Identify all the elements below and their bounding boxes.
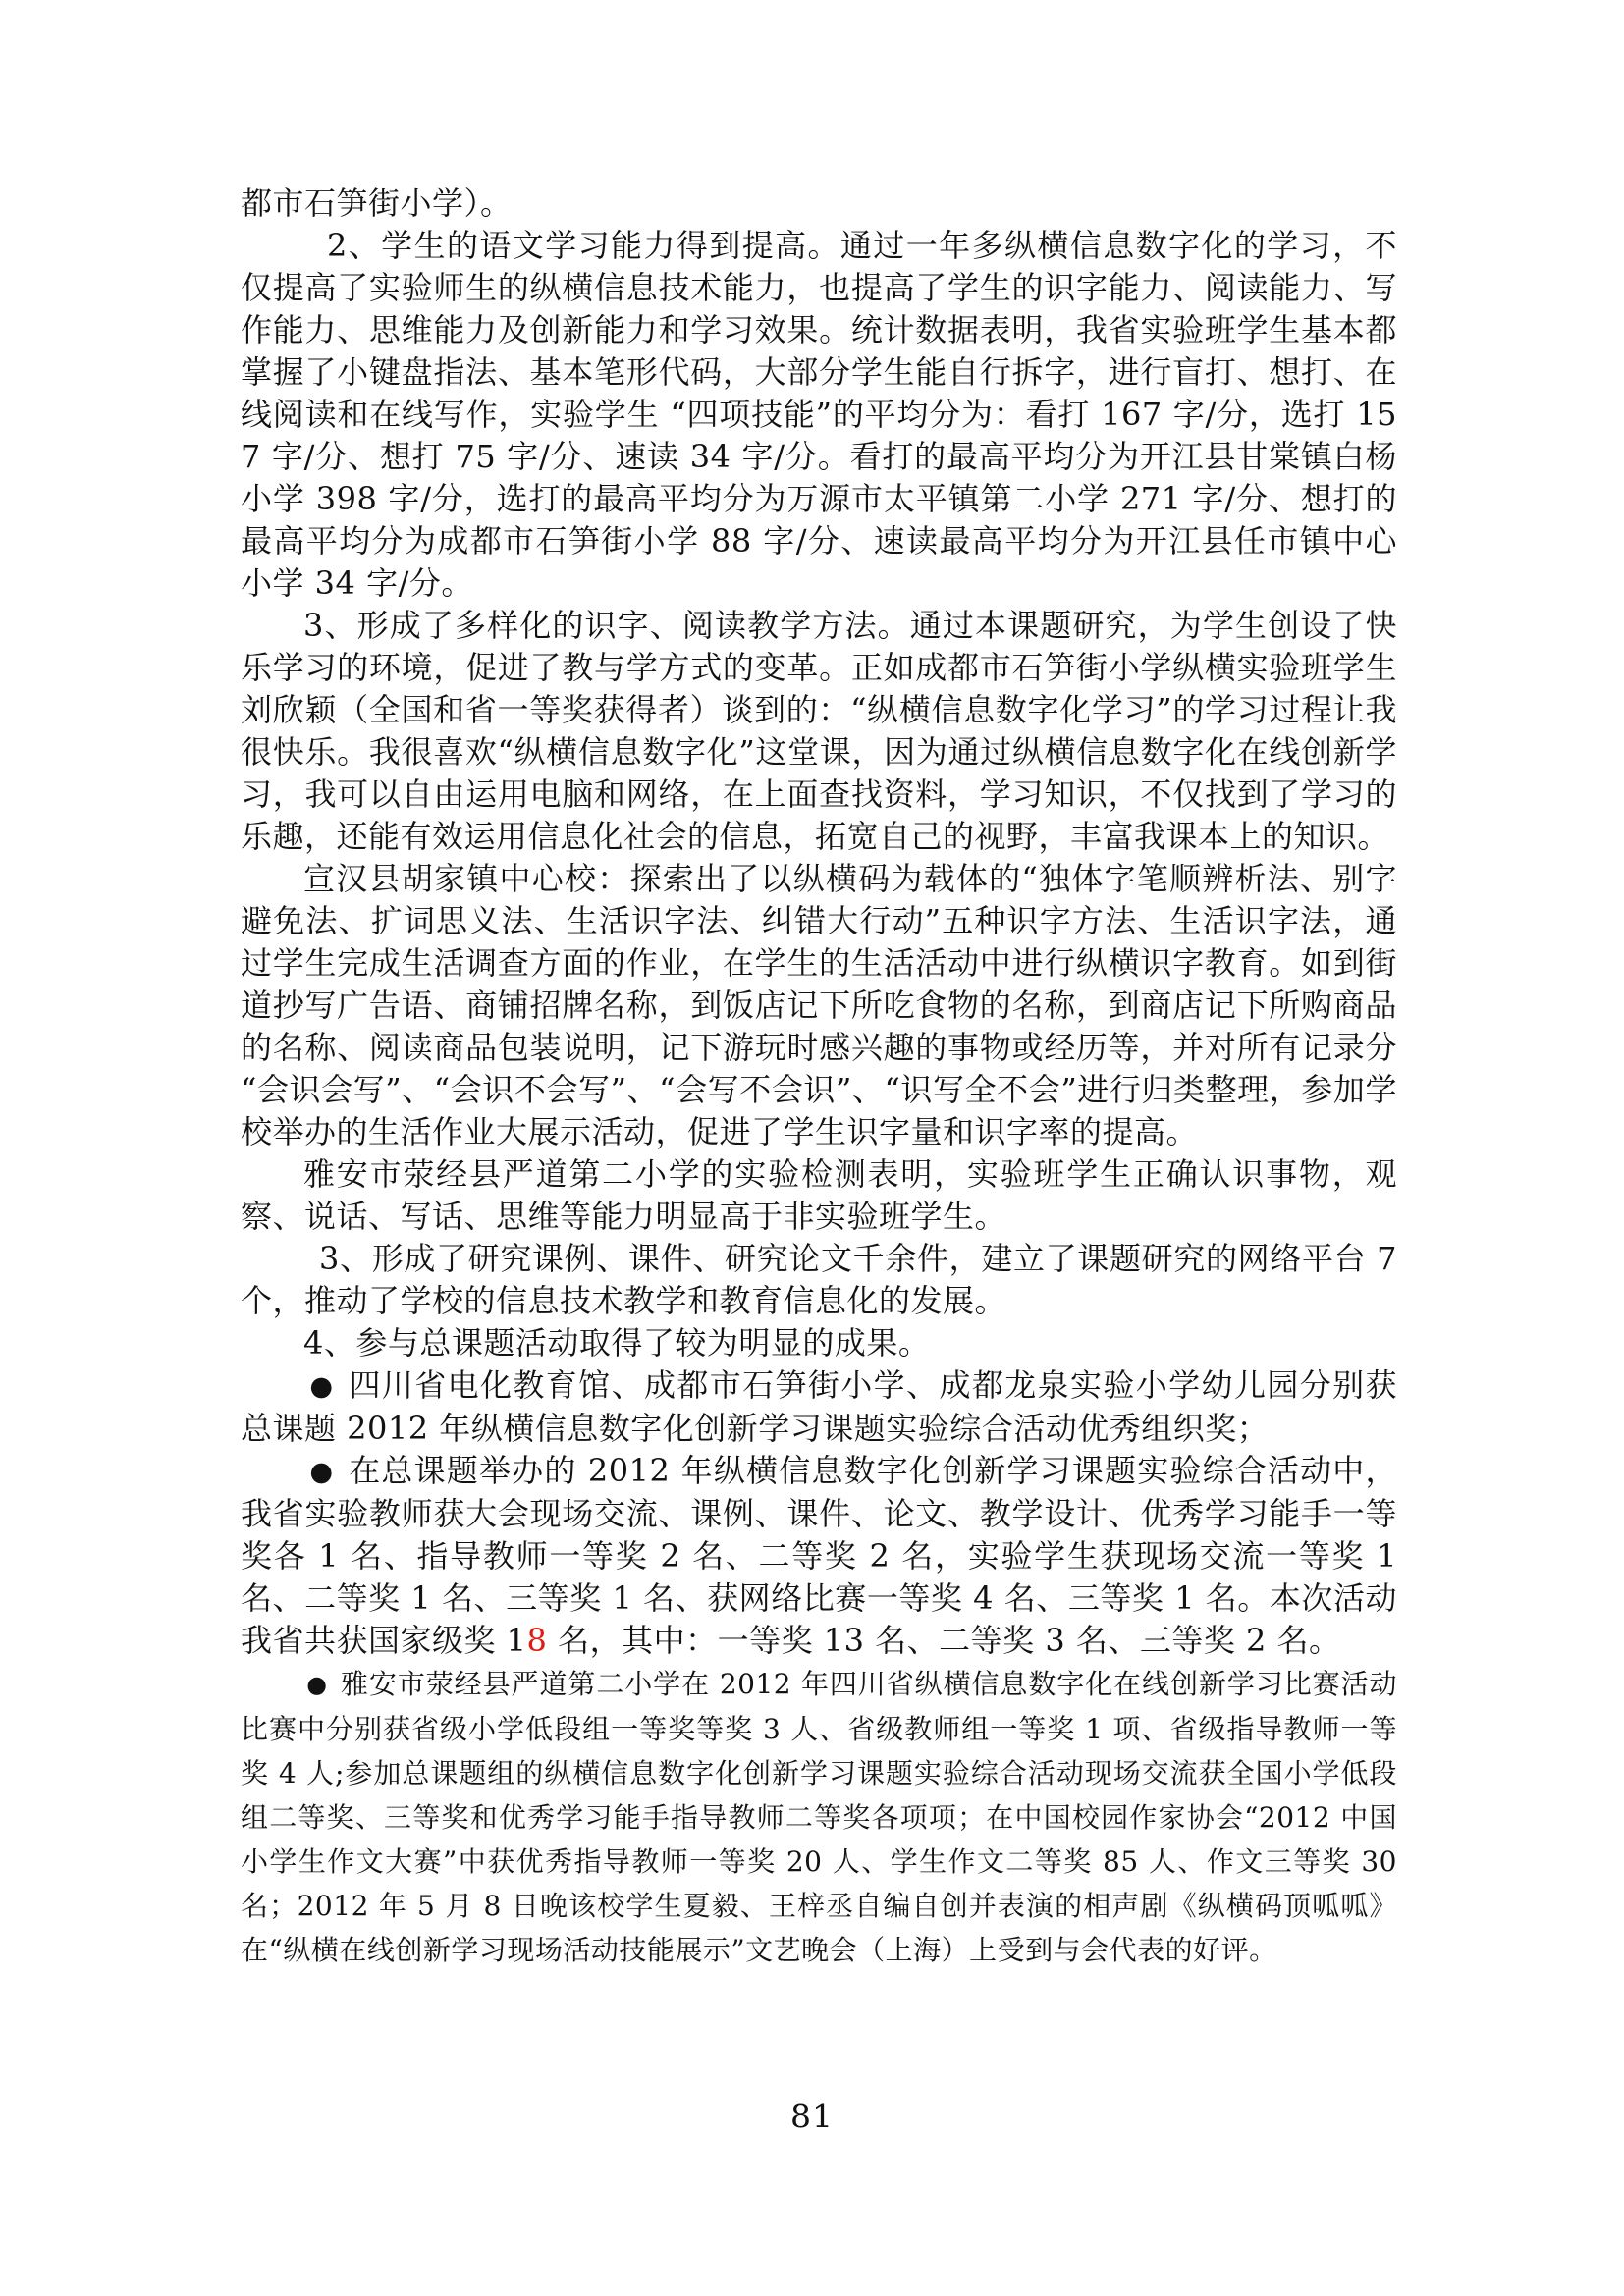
bullet-1-text: 四川省电化教育馆、成都市石笋街小学、成都龙泉实验小学幼儿园分别获总课题 2012… bbox=[241, 1366, 1397, 1447]
paragraph-yaan-school: 雅安市荥经县严道第二小学的实验检测表明，实验班学生正确认识事物，观察、说话、写话… bbox=[241, 1153, 1397, 1238]
paragraph-bullet-organization-award: ●四川省电化教育馆、成都市石笋街小学、成都龙泉实验小学幼儿园分别获总课题 201… bbox=[241, 1364, 1397, 1450]
paragraph-bullet-yaan-competition: ●雅安市荥经县严道第二小学在 2012 年四川省纵横信息数字化在线创新学习比赛活… bbox=[241, 1662, 1397, 1972]
paragraph-item-2: 2、学生的语文学习能力得到提高。通过一年多纵横信息数字化的学习，不仅提高了实验师… bbox=[241, 225, 1397, 605]
document-page: 都市石笋街小学）。 2、学生的语文学习能力得到提高。通过一年多纵横信息数字化的学… bbox=[0, 0, 1624, 2296]
paragraph-bullet-national-awards: ●在总课题举办的 2012 年纵横信息数字化创新学习课题实验综合活动中，我省实验… bbox=[241, 1450, 1397, 1662]
bullet-icon: ● bbox=[309, 1371, 349, 1402]
bullet-icon: ● bbox=[306, 1671, 341, 1698]
paragraph-xuanhan-school: 宣汉县胡家镇中心校：探索出了以纵横码为载体的“独体字笔顺辨析法、别字避免法、扩词… bbox=[241, 858, 1397, 1153]
document-body: 都市石笋街小学）。 2、学生的语文学习能力得到提高。通过一年多纵横信息数字化的学… bbox=[241, 183, 1397, 1972]
bullet-3-text: 雅安市荥经县严道第二小学在 2012 年四川省纵横信息数字化在线创新学习比赛活动… bbox=[241, 1668, 1397, 1966]
awards-text-after: 名，其中：一等奖 13 名、二等奖 3 名、三等奖 2 名。 bbox=[547, 1622, 1340, 1659]
bullet-icon: ● bbox=[309, 1457, 349, 1487]
paragraph-item-3-research-output: 3、形成了研究课例、课件、研究论文千余件，建立了课题研究的网络平台 7 个，推动… bbox=[241, 1238, 1397, 1322]
paragraph-item-3-reading-methods: 3、形成了多样化的识字、阅读教学方法。通过本课题研究，为学生创设了快乐学习的环境… bbox=[241, 605, 1397, 858]
paragraph-continuation: 都市石笋街小学）。 bbox=[241, 183, 1397, 225]
page-number: 81 bbox=[0, 2097, 1624, 2135]
paragraph-item-4: 4、参与总课题活动取得了较为明显的成果。 bbox=[241, 1322, 1397, 1364]
highlighted-number: 8 bbox=[527, 1622, 548, 1659]
